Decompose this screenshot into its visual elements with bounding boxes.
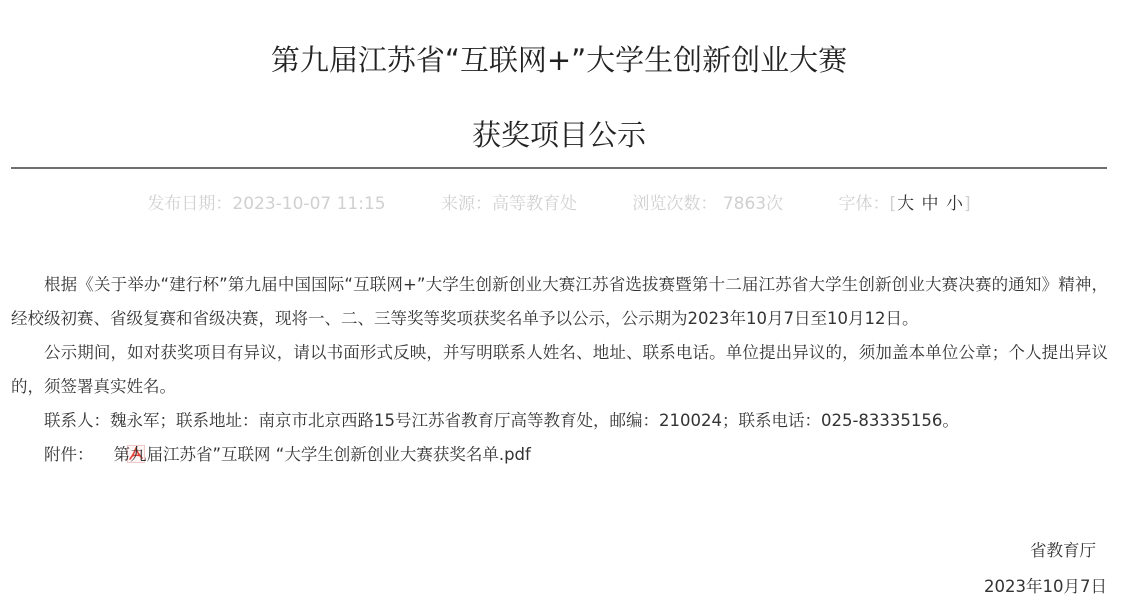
paragraph-contact: 联系人：魏永军；联系地址：南京市北京西路15号江苏省教育厅高等教育处，邮编：21… <box>11 404 1108 438</box>
font-size-small[interactable]: 小 <box>945 194 964 214</box>
page-title-line-2: 获奖项目公示 <box>0 113 1118 154</box>
paragraph-objection: 公示期间，如对获奖项目有异议，请以书面形式反映，并写明联系人姓名、地址、联系电话… <box>11 336 1108 404</box>
font-size-close: ] <box>964 194 971 214</box>
title-divider <box>11 167 1107 169</box>
source: 来源：高等教育处 <box>441 194 577 214</box>
font-size-medium[interactable]: 中 <box>921 194 940 214</box>
pdf-icon <box>94 441 112 459</box>
font-size-switcher: 字体：[大 中 小] <box>839 194 971 214</box>
signature-date: 2023年10月7日 <box>984 573 1107 597</box>
article-body: 根据《关于举办“建行杯”第九届中国国际“互联网+”大学生创新创业大赛江苏省选拔赛… <box>11 268 1108 472</box>
attachment-link[interactable]: 第九届江苏省”互联网 “大学生创新创业大赛获奖名单.pdf <box>94 445 531 464</box>
font-size-label: 字体：[ <box>839 194 897 214</box>
font-size-large[interactable]: 大 <box>896 194 915 214</box>
publish-date: 发布日期：2023-10-07 11:15 <box>147 194 385 214</box>
signature-organization: 省教育厅 <box>1030 537 1096 561</box>
attachment-label: 附件： <box>44 445 94 464</box>
article-meta: 发布日期：2023-10-07 11:15 来源：高等教育处 浏览次数： 786… <box>0 189 1118 214</box>
attachment-line: 附件：第九届江苏省”互联网 “大学生创新创业大赛获奖名单.pdf <box>11 438 1108 472</box>
paragraph-notice: 根据《关于举办“建行杯”第九届中国国际“互联网+”大学生创新创业大赛江苏省选拔赛… <box>11 268 1108 336</box>
view-count: 浏览次数： 7863次 <box>632 194 783 214</box>
attachment-name: 第九届江苏省”互联网 “大学生创新创业大赛获奖名单.pdf <box>114 445 531 464</box>
page-title-line-1: 第九届江苏省“互联网+”大学生创新创业大赛 <box>0 38 1118 79</box>
